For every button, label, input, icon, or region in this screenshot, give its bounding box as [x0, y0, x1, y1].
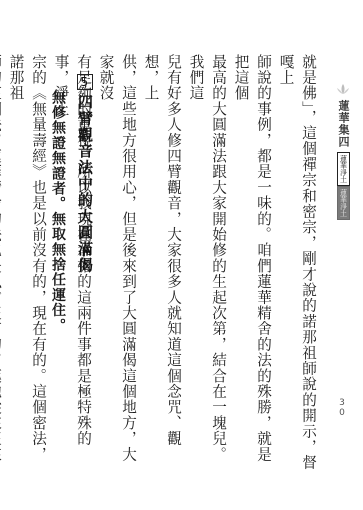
text-column: 兒有好多人修四臂觀音，大家很多人就知道這個念咒、觀想，上 [139, 54, 184, 474]
running-head: 蓮華集四 蓮華淨土 蓮華淨土 [335, 82, 351, 220]
series-label-dark: 蓮華淨土 [337, 186, 350, 220]
section-title: 四臂觀音法中的大圓滿偈 [75, 94, 95, 273]
section-heading: 5 四臂觀音法中的大圓滿偈 [75, 74, 95, 273]
book-title: 蓮華集四 [336, 100, 350, 148]
text-column: 宗的《無量壽經》也是以前沒有的，現在有的。這個密法，諾那祖 [4, 54, 49, 474]
verse: 無修無證無證者。無取無捨任運住。 [48, 90, 68, 333]
section-number-badge: 5 [77, 74, 93, 90]
verse-line: 無修無證無證者。無取無捨任運住。 [50, 90, 66, 333]
series-label: 蓮華淨土 [337, 152, 350, 186]
text-column: 師的這個法，蓮華精舍的法也是以前沒有的，漢地從來沒來過的， [0, 54, 4, 474]
text-column: 師說的事例，都是一味的。咱們蓮華精舍的法的殊勝，就是把這個 [229, 54, 274, 474]
lotus-icon [334, 82, 352, 96]
page-number: 30 [337, 398, 347, 418]
book-page: 蓮華集四 蓮華淨土 蓮華淨土 30 就是佛」，這個禪宗和密宗，剛才說的諾那祖師說… [0, 0, 363, 510]
text-column: 就是佛」，這個禪宗和密宗，剛才說的諾那祖師說的開示，督嘎上 [274, 54, 319, 474]
text-column: 供，這些地方很用心，但是後來到了大圓滿偈這個地方，大家就沒 [94, 54, 139, 474]
text-column: 最高的大圓滿法跟大家開始修的生起次第，結合在一塊兒。我們這 [184, 54, 229, 474]
